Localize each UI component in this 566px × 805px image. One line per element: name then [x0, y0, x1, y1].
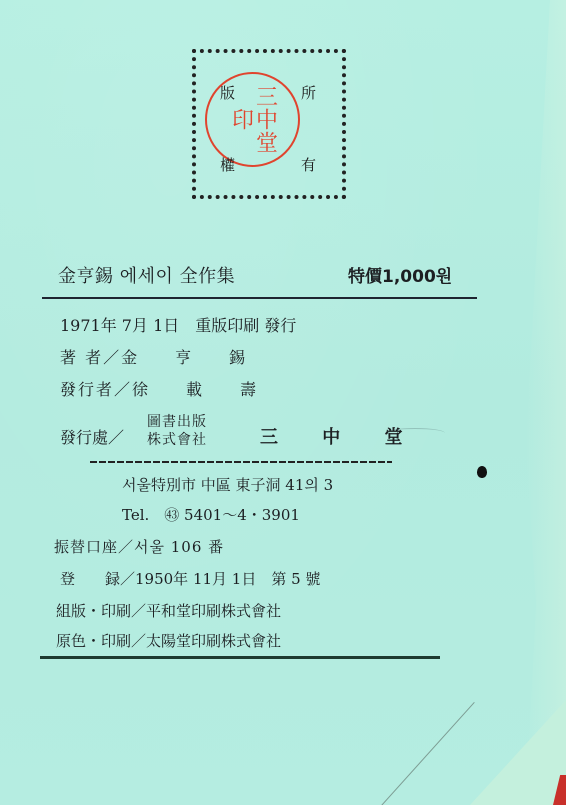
- house-type-line-2: 株式會社: [147, 431, 207, 449]
- ink-blot: [477, 466, 487, 478]
- typesetting-printer: 組版・印刷／平和堂印刷株式會社: [56, 600, 281, 621]
- divider-bottom: [40, 656, 440, 659]
- publisher-line: 發行者／徐 載 壽: [60, 377, 258, 400]
- seal-char-bottom-right: 有: [301, 154, 316, 175]
- author-line: 著 者／金 亨 錫: [60, 345, 247, 368]
- publishing-house-name: 三 中 堂: [260, 423, 403, 449]
- paper-stain: [385, 428, 445, 438]
- book-price: 特價1,000원: [348, 262, 452, 287]
- publishing-house-type: 圖書出版 株式會社: [147, 413, 207, 449]
- publishing-house-label: 發行處／: [60, 425, 124, 448]
- house-type-line-1: 圖書出版: [147, 413, 207, 431]
- transfer-account: 振替口座／서울 106 番: [54, 536, 224, 557]
- seal-char-top-left: 版: [220, 82, 235, 103]
- publisher-address: 서울特別市 中區 東子洞 41의 3: [122, 474, 333, 495]
- seal-char-top-right: 所: [301, 82, 316, 103]
- divider-top: [42, 297, 477, 299]
- book-title: 金亨錫 에세이 全作集: [58, 262, 235, 288]
- seal-char-bottom-left: 權: [220, 154, 235, 175]
- publisher-telephone: Tel. ㊸ 5401～4・3901: [122, 504, 300, 525]
- publication-date: 1971年 7月 1日 重版印刷 發行: [60, 313, 296, 336]
- divider-dashed: [90, 461, 392, 463]
- color-printer: 原色・印刷／太陽堂印刷株式會社: [56, 630, 281, 651]
- registration-info: 登 録／1950年 11月 1日 第 5 號: [60, 568, 320, 589]
